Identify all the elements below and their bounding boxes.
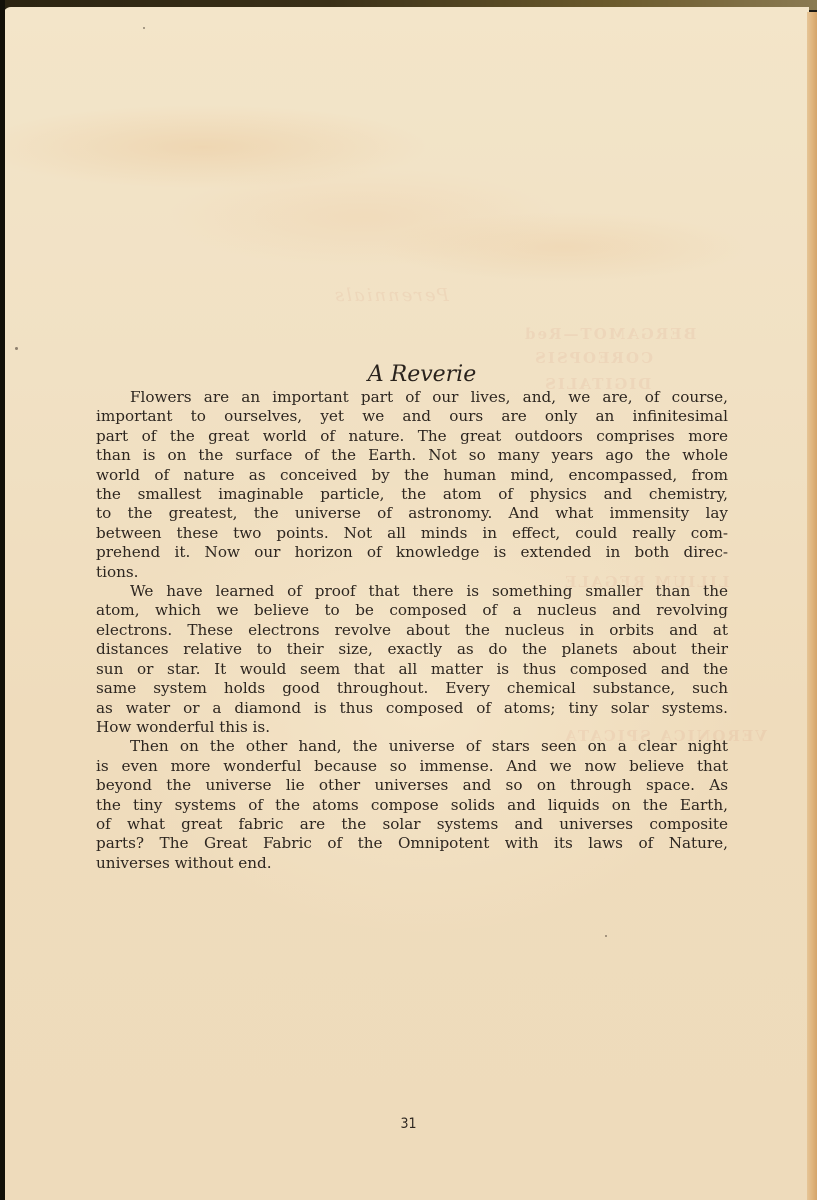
page-number: 31: [0, 1116, 817, 1132]
text-line: How wonderful this is.: [96, 718, 728, 737]
text-line: between these two points. Not all minds …: [96, 524, 728, 543]
next-sheet-edge: [807, 12, 817, 1200]
text-line: to the greatest, the universe of astrono…: [96, 504, 728, 523]
text-line: beyond the universe lie other universes …: [96, 776, 728, 795]
bleed-through-decoration: Perennials: [333, 285, 449, 306]
paragraph-2: We have learned of proof that there is s…: [96, 582, 728, 737]
text-line: same system holds good throughout. Every…: [96, 679, 728, 698]
text-line: important to ourselves, yet we and ours …: [96, 407, 728, 426]
text-line: is even more wonderful because so immens…: [96, 757, 728, 776]
scanned-page: Perennials BERGAMOT—Red COREOPSIS DIGITA…: [0, 0, 817, 1200]
paper-speck: [605, 935, 607, 937]
text-line: atom, which we believe to be composed of…: [96, 601, 728, 620]
text-line: sun or star. It would seem that all matt…: [96, 660, 728, 679]
paragraph-1: Flowers are an important part of our liv…: [96, 388, 728, 582]
text-line: of what great fabric are the solar syste…: [96, 815, 728, 834]
article: A Reverie Flowers are an important part …: [96, 362, 728, 873]
paragraph-3: Then on the other hand, the universe of …: [96, 737, 728, 873]
text-line: part of the great world of nature. The g…: [96, 427, 728, 446]
text-line: distances relative to their size, exactl…: [96, 640, 728, 659]
paper-speck: [15, 347, 18, 350]
text-line: than is on the surface of the Earth. Not…: [96, 446, 728, 465]
spine-edge: [0, 0, 5, 1200]
text-line: world of nature as conceived by the huma…: [96, 466, 728, 485]
text-line: prehend it. Now our horizon of knowledge…: [96, 543, 728, 562]
article-title: A Reverie: [116, 362, 728, 388]
text-line: the tiny systems of the atoms compose so…: [96, 796, 728, 815]
text-line: parts? The Great Fabric of the Omnipoten…: [96, 834, 728, 853]
text-line: Then on the other hand, the universe of …: [96, 737, 728, 756]
bleed-through-decoration: BERGAMOT—Red: [523, 325, 696, 343]
text-line: tions.: [96, 563, 728, 582]
text-line: electrons. These electrons revolve about…: [96, 621, 728, 640]
text-line: Flowers are an important part of our liv…: [96, 388, 728, 407]
text-line: the smallest imaginable particle, the at…: [96, 485, 728, 504]
text-line: We have learned of proof that there is s…: [96, 582, 728, 601]
paper-speck: [143, 27, 145, 29]
text-line: universes without end.: [96, 854, 728, 873]
text-line: as water or a diamond is thus composed o…: [96, 699, 728, 718]
